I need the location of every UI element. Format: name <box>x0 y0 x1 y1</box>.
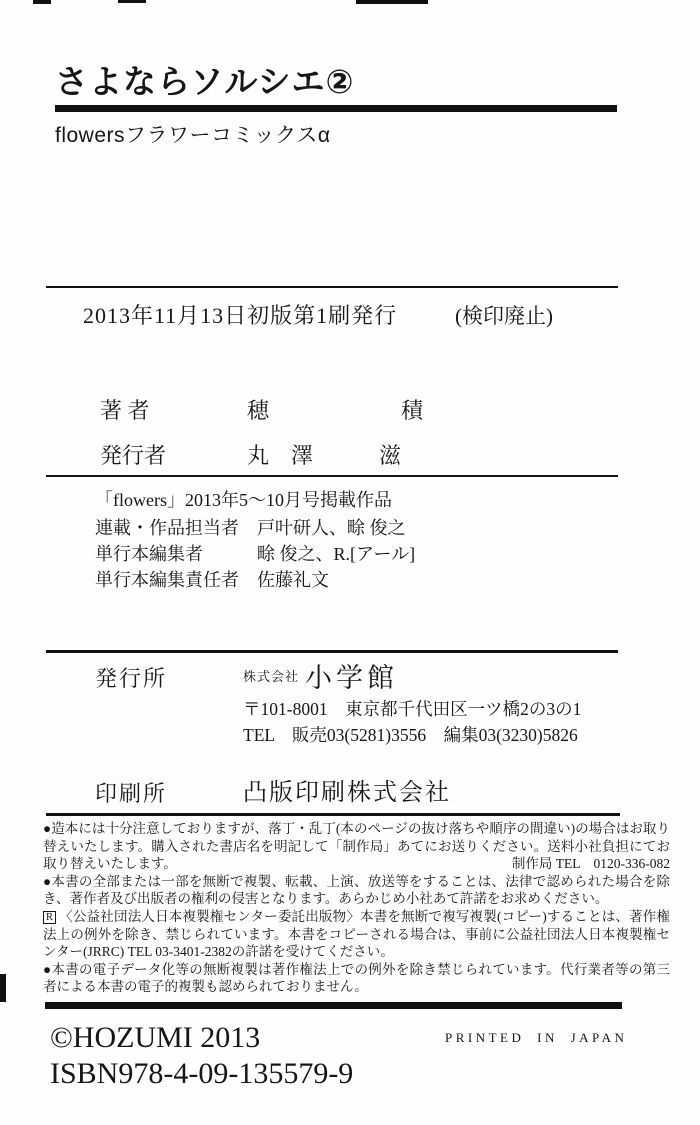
divider-rule <box>46 475 618 477</box>
scan-artifact <box>118 0 146 3</box>
footer-rule <box>45 1002 622 1009</box>
publisher-label: 発行所 <box>95 662 167 693</box>
book-editor-label: 単行本編集者 <box>95 541 257 567</box>
boxed-r-icon: R <box>43 911 56 924</box>
publisher-company: 株式会社小学館 <box>243 656 398 695</box>
divider-rule <box>46 650 618 653</box>
scan-artifact <box>33 0 51 4</box>
scan-artifact <box>356 0 428 4</box>
author-label: 著 者 <box>100 394 247 425</box>
publisher-phone: TEL 販売03(5281)3556 編集03(3230)5826 <box>243 722 578 747</box>
company-name: 小学館 <box>305 663 398 693</box>
copyright-line: ©HOZUMI 2013 <box>50 1021 260 1055</box>
publisher-address: 〒101-8001 東京都千代田区一ツ橋2の3の1 <box>243 696 581 721</box>
publisher-person-name: 丸 澤 滋 <box>247 443 401 468</box>
printed-in-japan: PRINTED IN JAPAN <box>445 1030 627 1046</box>
service-phone: 制作局 TEL 0120-336-082 <box>512 855 670 873</box>
series-label: flowersフラワーコミックスα <box>55 119 331 149</box>
publisher-person-label: 発行者 <box>100 439 247 470</box>
divider-rule <box>46 286 618 288</box>
chief-editor-row: 単行本編集責任者佐藤礼文 <box>95 567 415 593</box>
copyright-notice: ●本書の全部または一部を無断で複製、転載、上演、放送等をすることは、法律で認めら… <box>43 873 670 908</box>
digital-copy-notice-text: 本書の電子データ化等の無断複製は著作権法上での例外を除き禁じられています。代行業… <box>43 962 670 995</box>
reproduction-notice-text: 〈公益社団法人日本複製権センター委託出版物〉本書を無断で複写複製(コピー)するこ… <box>43 909 670 959</box>
company-prefix: 株式会社 <box>243 669 299 684</box>
book-editor-names: 畭 俊之、R.[アール] <box>257 544 415 564</box>
serial-staff-label: 連載・作品担当者 <box>95 515 257 541</box>
serial-staff-row: 連載・作品担当者戸叶研人、畭 俊之 <box>95 515 415 541</box>
chief-editor-name: 佐藤礼文 <box>257 570 329 590</box>
scan-artifact <box>0 974 6 1002</box>
author-row: 著 者穂 積 <box>100 394 423 425</box>
title-rule <box>55 105 617 112</box>
binding-notice: ●造本には十分注意しておりますが、落丁・乱丁(本のページの抜け落ちや順序の間違い… <box>43 820 670 873</box>
magazine-run: 「flowers」2013年5〜10月号掲載作品 <box>95 487 415 513</box>
divider-rule <box>46 813 620 816</box>
colophon-page: さよならソルシエ② flowersフラワーコミックスα 2013年11月13日初… <box>0 0 700 1125</box>
bullet-icon: ● <box>43 821 51 836</box>
isbn-number: ISBN978-4-09-135579-9 <box>50 1057 353 1091</box>
book-title: さよならソルシエ② <box>55 56 354 103</box>
serialization-block: 「flowers」2013年5〜10月号掲載作品 連載・作品担当者戸叶研人、畭 … <box>95 487 415 593</box>
printer-label: 印刷所 <box>95 777 167 808</box>
book-editor-row: 単行本編集者畭 俊之、R.[アール] <box>95 541 415 567</box>
digital-copy-notice: ●本書の電子データ化等の無断複製は著作権法上での例外を除き禁じられています。代行… <box>43 961 670 996</box>
printer-name: 凸版印刷株式会社 <box>243 772 451 807</box>
chief-editor-label: 単行本編集責任者 <box>95 567 257 593</box>
author-name: 穂 積 <box>247 398 423 423</box>
edition-date: 2013年11月13日初版第1刷発行 <box>83 299 397 330</box>
copyright-notice-text: 本書の全部または一部を無断で複製、転載、上演、放送等をすることは、法律で認められ… <box>43 874 670 907</box>
legal-notices: ●造本には十分注意しておりますが、落丁・乱丁(本のページの抜け落ちや順序の間違い… <box>43 820 670 996</box>
serial-staff-names: 戸叶研人、畭 俊之 <box>257 518 406 538</box>
reproduction-notice: R〈公益社団法人日本複製権センター委託出版物〉本書を無断で複写複製(コピー)する… <box>43 908 670 961</box>
publisher-person-row: 発行者丸 澤 滋 <box>100 439 401 470</box>
seal-abolished-note: (検印廃止) <box>455 300 553 330</box>
